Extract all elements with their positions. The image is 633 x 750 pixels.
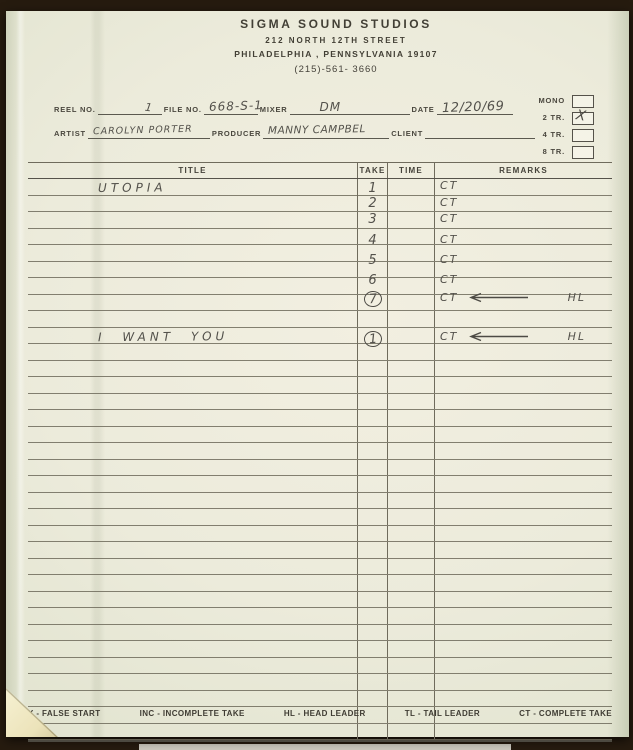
time-cell [388,311,435,327]
remarks-cell [435,542,612,558]
take-wrap: 2 [358,196,387,212]
remarks-cell [435,476,612,492]
left-arrow-icon [468,331,530,342]
time-cell [388,641,435,657]
remarks-cell [435,443,612,459]
table-row [28,427,612,444]
remarks-cell: CT [435,212,612,228]
remarks-cell [435,658,612,674]
file-no-value: 668-S-1 [209,98,263,114]
remarks-wrap: CT [435,179,612,192]
take-cell: 5 [357,245,388,261]
client-label: CLIENT [391,129,423,139]
take-cell [357,311,388,327]
title-cell [28,493,357,509]
2tr-checkbox-checked: X [572,112,594,125]
table-row: 4CT [28,229,612,246]
take-cell: 6 [357,262,388,278]
time-cell [388,427,435,443]
table-row: UTOPIA1CT [28,179,612,196]
time-cell [388,295,435,311]
reel-no-field: 1 [98,99,162,115]
title-cell: UTOPIA [28,179,357,197]
remarks-cell: CT [435,196,612,212]
4tr-checkbox [572,129,594,142]
title-cell [28,443,357,459]
remarks-cell [435,460,612,476]
table-row [28,410,612,427]
time-cell [388,509,435,525]
remarks-cell [435,361,612,377]
time-cell [388,460,435,476]
column-header-remarks: REMARKS [435,163,612,178]
legend-complete-take: CT - COMPLETE TAKE [519,709,612,718]
title-cell [28,278,357,294]
take-cell: 2 [357,196,388,212]
time-cell [388,278,435,294]
title-cell [28,542,357,558]
title-cell [28,410,357,426]
tracking-sheet: SIGMA SOUND STUDIOS 212 NORTH 12TH STREE… [6,11,629,737]
time-cell [388,625,435,641]
remarks-cell [435,526,612,542]
table-row [28,460,612,477]
time-cell [388,724,435,740]
2tr-label: 2 TR. [543,113,565,123]
time-cell [388,262,435,278]
phone-number: (215)-561- 3660 [156,64,516,75]
address-line2: PHILADELPHIA , PENNSYLVANIA 19107 [156,49,516,59]
remark-note: HL [568,330,586,343]
take-cell [357,344,388,360]
title-cell [28,691,357,707]
reel-no-value: 1 [144,101,153,115]
table-row [28,641,612,658]
table-header: TITLE TAKE TIME REMARKS [28,162,612,179]
column-header-title: TITLE [28,163,357,178]
time-cell [388,658,435,674]
underlying-sheet-edge [139,744,511,750]
remarks-cell [435,608,612,624]
title-cell [28,559,357,575]
remarks-cell [435,625,612,641]
remarks-cell [435,559,612,575]
take-number: 1 [368,182,376,195]
title-cell [28,674,357,690]
column-header-take: TAKE [357,163,388,178]
legend-incomplete-take: INC - INCOMPLETE TAKE [140,709,245,718]
take-cell: 4 [357,229,388,245]
take-number: 3 [368,213,376,226]
time-cell [388,526,435,542]
mono-label: MONO [538,96,565,106]
take-cell [357,427,388,443]
take-cell: 1 [357,328,388,346]
table-row: 5CT [28,245,612,262]
take-cell [357,608,388,624]
column-header-time: TIME [388,163,435,178]
remarks-cell [435,641,612,657]
song-title: I WANT YOU [28,329,228,345]
table-row [28,361,612,378]
take-cell [357,476,388,492]
title-cell [28,476,357,492]
title-cell [28,394,357,410]
title-cell [28,262,357,278]
remarks-wrap: CT [435,212,612,225]
mixer-field: DM [290,99,410,115]
table-row [28,559,612,576]
studio-name: SIGMA SOUND STUDIOS [156,17,516,31]
take-cell [357,410,388,426]
form-line-1: REEL NO. 1 FILE NO. 668-S-1 MIXER DM DAT… [54,99,515,115]
table-row [28,476,612,493]
take-cell [357,443,388,459]
track-row-4tr: 4 TR. [498,129,594,141]
title-cell: I WANT YOU [28,328,357,346]
title-cell [28,724,357,740]
8tr-label: 8 TR. [543,147,565,157]
table-row [28,377,612,394]
title-cell [28,460,357,476]
time-cell [388,559,435,575]
take-cell: 1 [357,179,388,197]
track-row-2tr: 2 TR. X [498,112,594,124]
form-line-2: ARTIST CAROLYN PORTER PRODUCER MANNY CAM… [54,123,537,139]
remarks-cell: CT [435,179,612,197]
title-cell [28,295,357,311]
time-cell [388,361,435,377]
table-row [28,493,612,510]
take-cell [357,674,388,690]
time-cell [388,493,435,509]
title-cell [28,641,357,657]
file-no-field: 668-S-1 [204,99,258,115]
table-row [28,394,612,411]
time-cell [388,212,435,228]
time-cell [388,179,435,197]
take-cell [357,625,388,641]
remarks-wrap: CT [435,233,612,246]
title-cell [28,427,357,443]
remarks-cell [435,493,612,509]
mixer-value: DM [320,100,342,114]
track-row-8tr: 8 TR. [498,146,594,158]
table-row [28,344,612,361]
take-cell [357,361,388,377]
table-row: 2CT [28,196,612,213]
remarks-cell [435,311,612,327]
4tr-label: 4 TR. [543,130,565,140]
title-cell [28,592,357,608]
table-body: UTOPIA1CT2CT3CT4CT5CT6CT7CTHLI WANT YOU1… [28,179,612,742]
time-cell [388,542,435,558]
legend-false-start: X - FALSE START [28,709,101,718]
remarks-cell [435,509,612,525]
title-cell [28,196,357,212]
mono-checkbox [572,95,594,108]
remark-ct: CT [440,330,458,343]
title-cell [28,658,357,674]
remarks-cell [435,295,612,311]
take-cell [357,641,388,657]
table-row [28,625,612,642]
table-row [28,509,612,526]
table-row: 6CT [28,262,612,279]
remarks-cell [435,394,612,410]
take-cell [357,592,388,608]
producer-field: MANNY CAMPBEL [263,123,389,139]
time-cell [388,608,435,624]
table-row [28,691,612,708]
title-cell [28,229,357,245]
time-cell [388,575,435,591]
time-cell [388,344,435,360]
time-cell [388,229,435,245]
table-row [28,526,612,543]
take-cell [357,493,388,509]
letterhead: SIGMA SOUND STUDIOS 212 NORTH 12TH STREE… [156,17,516,75]
8tr-checkbox [572,146,594,159]
take-wrap: 1 [358,179,387,197]
table-row [28,608,612,625]
remark-ct: CT [440,212,458,225]
remarks-cell: CTHL [435,328,612,346]
take-cell: 7 [357,278,388,294]
remarks-cell [435,724,612,740]
table-row [28,575,612,592]
mixer-label: MIXER [260,105,288,115]
take-cell [357,542,388,558]
time-cell [388,674,435,690]
remark-ct: CT [440,179,458,192]
title-cell [28,361,357,377]
producer-value: MANNY CAMPBEL [268,123,366,137]
take-cell [357,691,388,707]
remarks-cell [435,427,612,443]
time-cell [388,377,435,393]
time-cell [388,443,435,459]
title-cell [28,344,357,360]
remarks-cell [435,674,612,690]
time-cell [388,328,435,346]
remarks-cell [435,575,612,591]
table-row [28,542,612,559]
take-cell [357,377,388,393]
artist-field: CAROLYN PORTER [88,123,210,139]
table-row [28,674,612,691]
take-cell [357,559,388,575]
time-cell [388,196,435,212]
date-value: 12/20/69 [441,99,504,116]
file-no-label: FILE NO. [164,105,202,115]
time-cell [388,476,435,492]
take-cell [357,509,388,525]
take-cell [357,658,388,674]
remarks-cell [435,410,612,426]
title-cell [28,377,357,393]
take-cell [357,394,388,410]
take-number: 2 [368,197,376,210]
title-cell [28,625,357,641]
remarks-cell [435,691,612,707]
remarks-wrap: CTHL [435,330,612,343]
remark-ct: CT [440,196,458,209]
title-cell [28,575,357,591]
remark-ct: CT [440,233,458,246]
remarks-cell: CT [435,229,612,245]
legend: X - FALSE START INC - INCOMPLETE TAKE HL… [28,709,612,718]
take-cell [357,575,388,591]
remarks-cell: CTHL [435,278,612,294]
time-cell [388,394,435,410]
remarks-cell: CT [435,245,612,261]
scanned-document-scene: SIGMA SOUND STUDIOS 212 NORTH 12TH STREE… [0,0,633,750]
time-cell [388,245,435,261]
table-row [28,658,612,675]
table-row [28,724,612,741]
time-cell [388,592,435,608]
table-row [28,295,612,312]
reel-no-label: REEL NO. [54,105,96,115]
table-row [28,443,612,460]
date-label: DATE [412,105,435,115]
title-cell [28,311,357,327]
take-cell [357,295,388,311]
title-cell [28,245,357,261]
remarks-cell [435,592,612,608]
table-row [28,592,612,609]
take-cell [357,526,388,542]
check-x-mark: X [575,107,587,124]
time-cell [388,410,435,426]
remarks-cell: CT [435,262,612,278]
take-cell: 3 [357,212,388,228]
remarks-cell [435,377,612,393]
track-format-checkboxes: MONO 2 TR. X 4 TR. 8 TR. [498,95,594,163]
table-row [28,311,612,328]
title-cell [28,509,357,525]
legend-tail-leader: TL - TAIL LEADER [405,709,480,718]
time-cell [388,691,435,707]
table-row: I WANT YOU1CTHL [28,328,612,345]
artist-label: ARTIST [54,129,86,139]
track-row-mono: MONO [498,95,594,107]
legend-head-leader: HL - HEAD LEADER [284,709,366,718]
take-cell [357,724,388,740]
artist-value: CAROLYN PORTER [93,124,193,138]
take-cell [357,460,388,476]
song-title: UTOPIA [28,180,167,195]
take-table: TITLE TAKE TIME REMARKS UTOPIA1CT2CT3CT4… [28,162,612,742]
table-row: 7CTHL [28,278,612,295]
title-cell [28,526,357,542]
take-wrap: 3 [358,212,387,228]
remarks-cell [435,344,612,360]
title-cell [28,212,357,228]
title-cell [28,608,357,624]
remarks-wrap: CT [435,196,612,209]
producer-label: PRODUCER [212,129,261,139]
table-row: 3CT [28,212,612,229]
address-line1: 212 NORTH 12TH STREET [156,36,516,45]
